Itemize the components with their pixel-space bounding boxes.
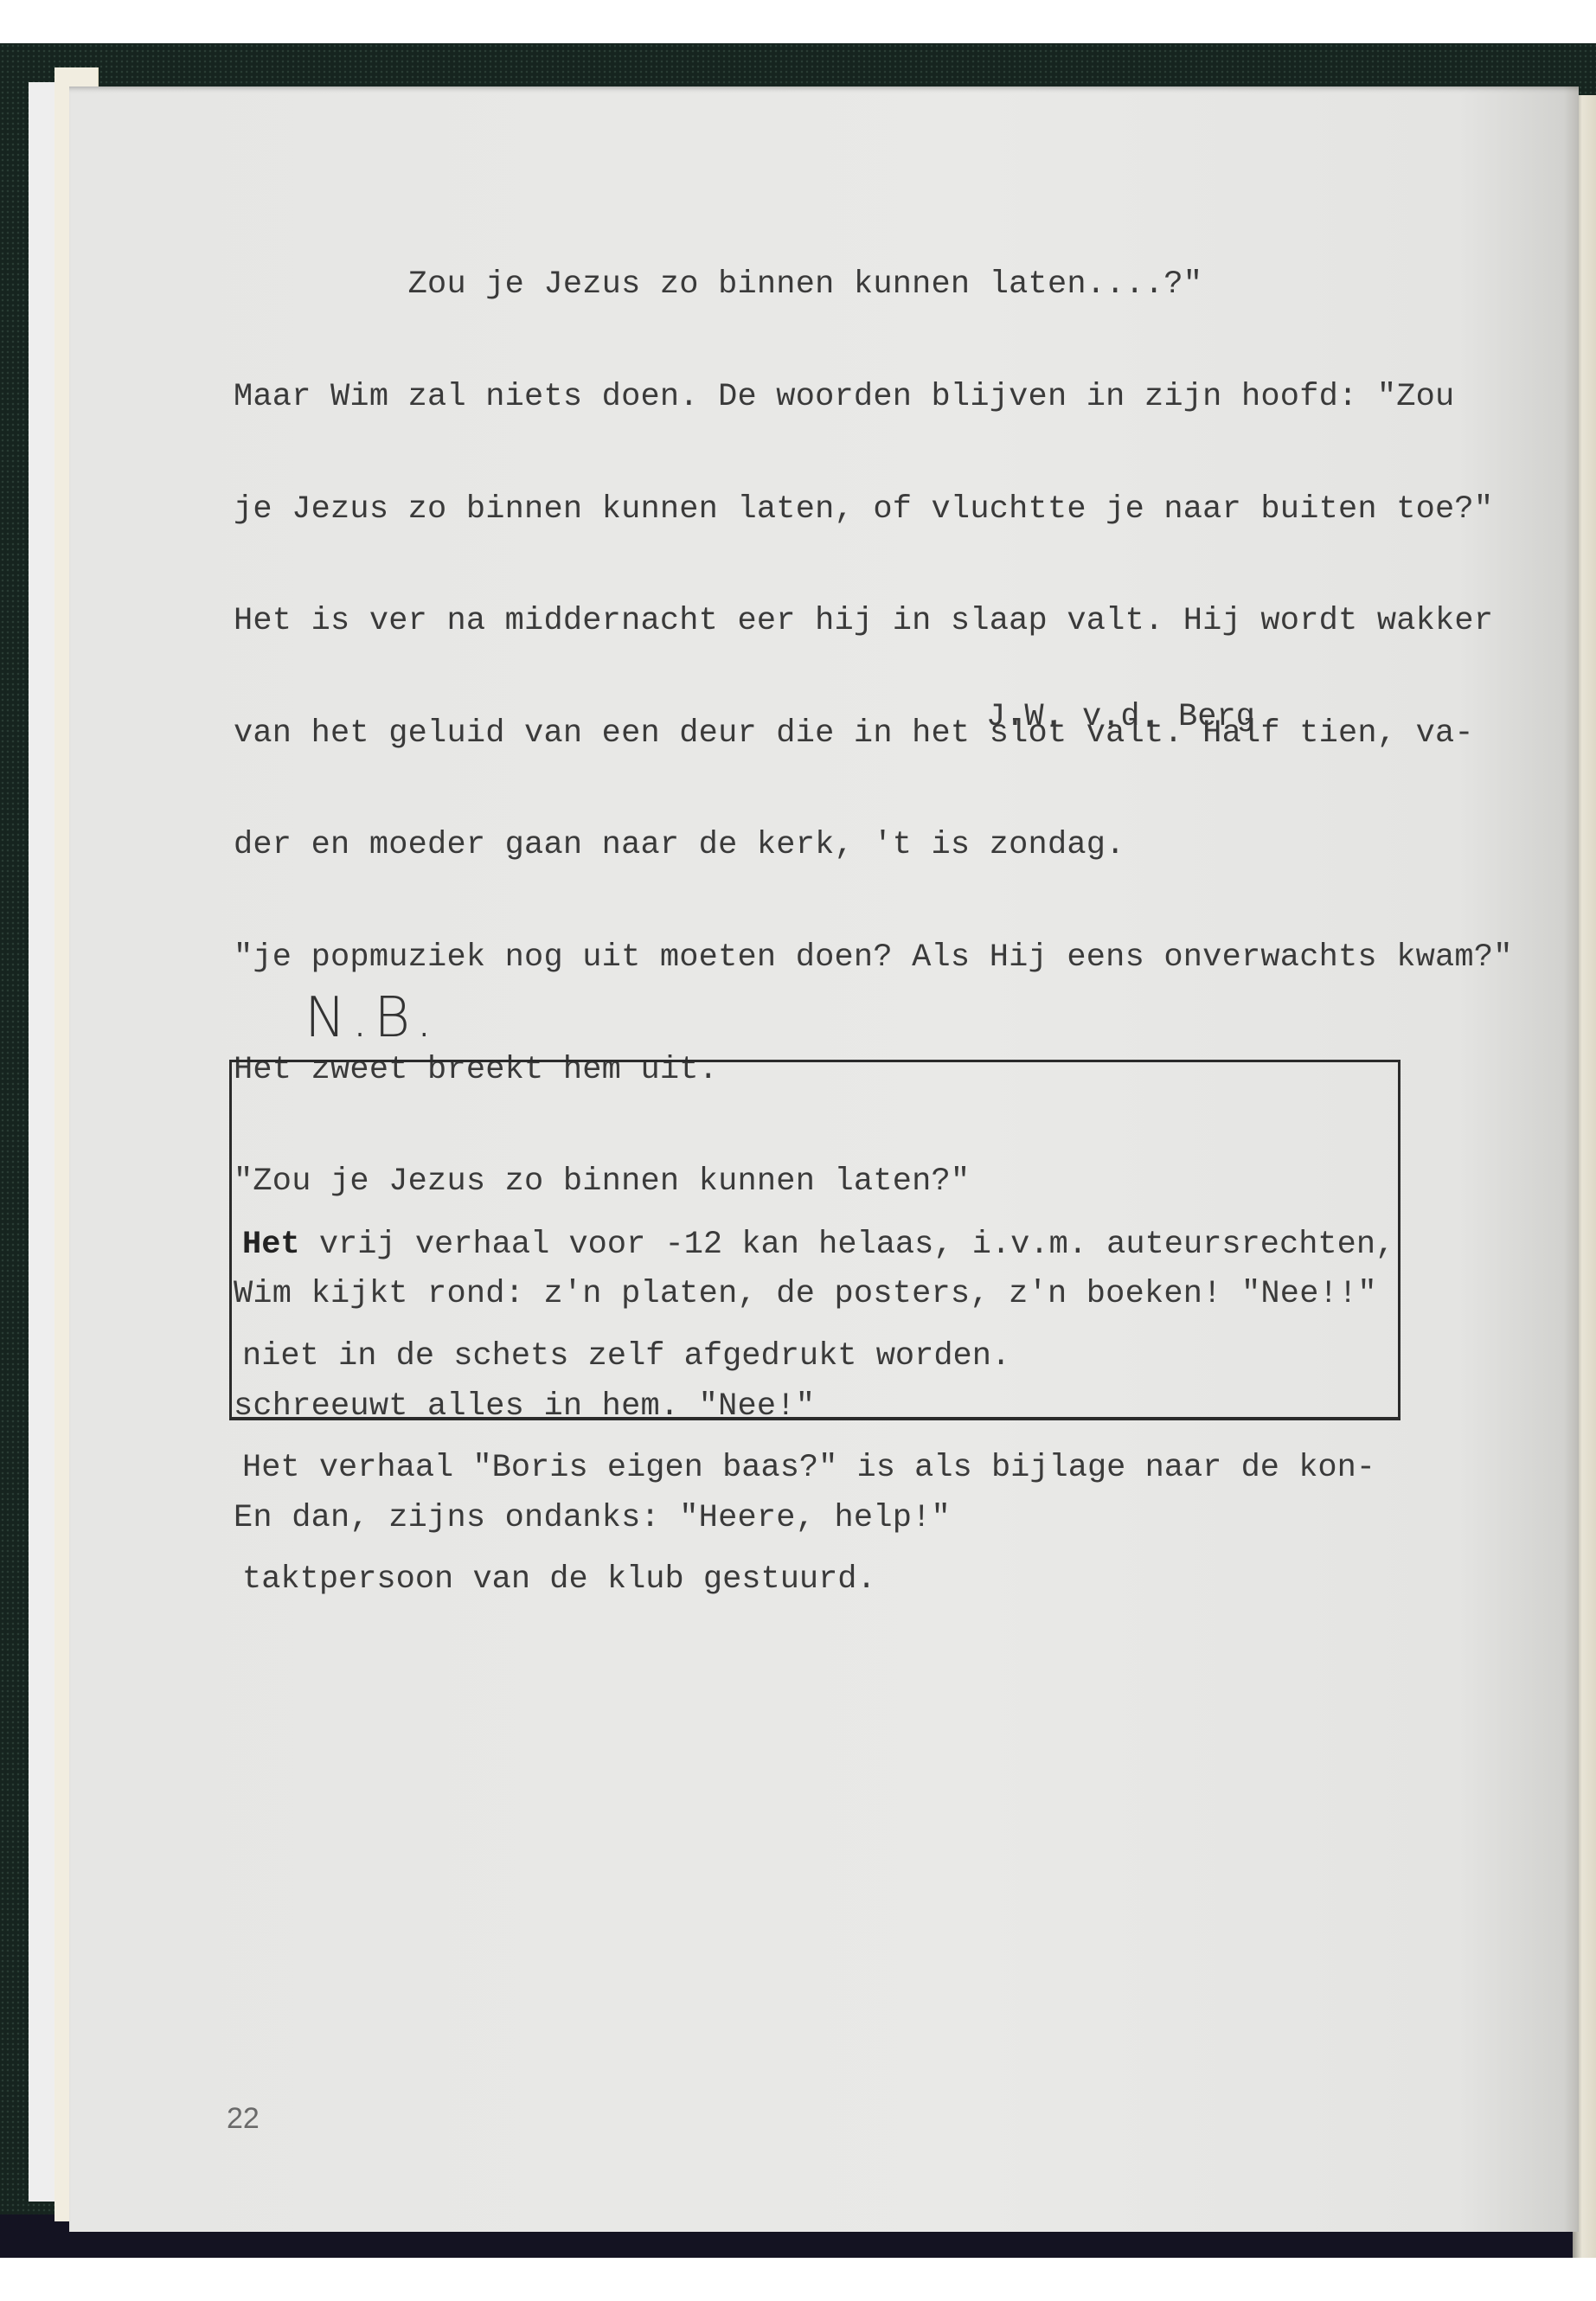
note-line: niet in de schets zelf afgedrukt worden. — [242, 1338, 1394, 1375]
story-line: der en moeder gaan naar de kerk, 't is z… — [234, 827, 1513, 864]
note-text: Het vrij verhaal voor -12 kan helaas, i.… — [242, 1152, 1394, 1673]
story-line: "je popmuziek nog uit moeten doen? Als H… — [234, 939, 1513, 977]
story-line: je Jezus zo binnen kunnen laten, of vluc… — [234, 491, 1513, 529]
nb-heading: N.B. — [304, 986, 438, 1050]
story-line: van het geluid van een deur die in het s… — [234, 715, 1513, 753]
note-line: taktpersoon van de klub gestuurd. — [242, 1561, 1394, 1599]
note-line: Het verhaal "Boris eigen baas?" is als b… — [242, 1450, 1394, 1487]
story-line: Maar Wim zal niets doen. De woorden blij… — [234, 379, 1513, 416]
author-signature: J.W. v.d. Berg — [986, 699, 1255, 736]
struck-word: Het — [242, 1227, 300, 1263]
note-line: Het vrij verhaal voor -12 kan helaas, i.… — [242, 1227, 1394, 1264]
story-line: Zou je Jezus zo binnen kunnen laten....?… — [234, 266, 1513, 304]
page-number: 22 — [227, 2102, 260, 2136]
story-line: Het is ver na middernacht eer hij in sla… — [234, 603, 1513, 640]
note-box: Het vrij verhaal voor -12 kan helaas, i.… — [229, 1060, 1401, 1420]
